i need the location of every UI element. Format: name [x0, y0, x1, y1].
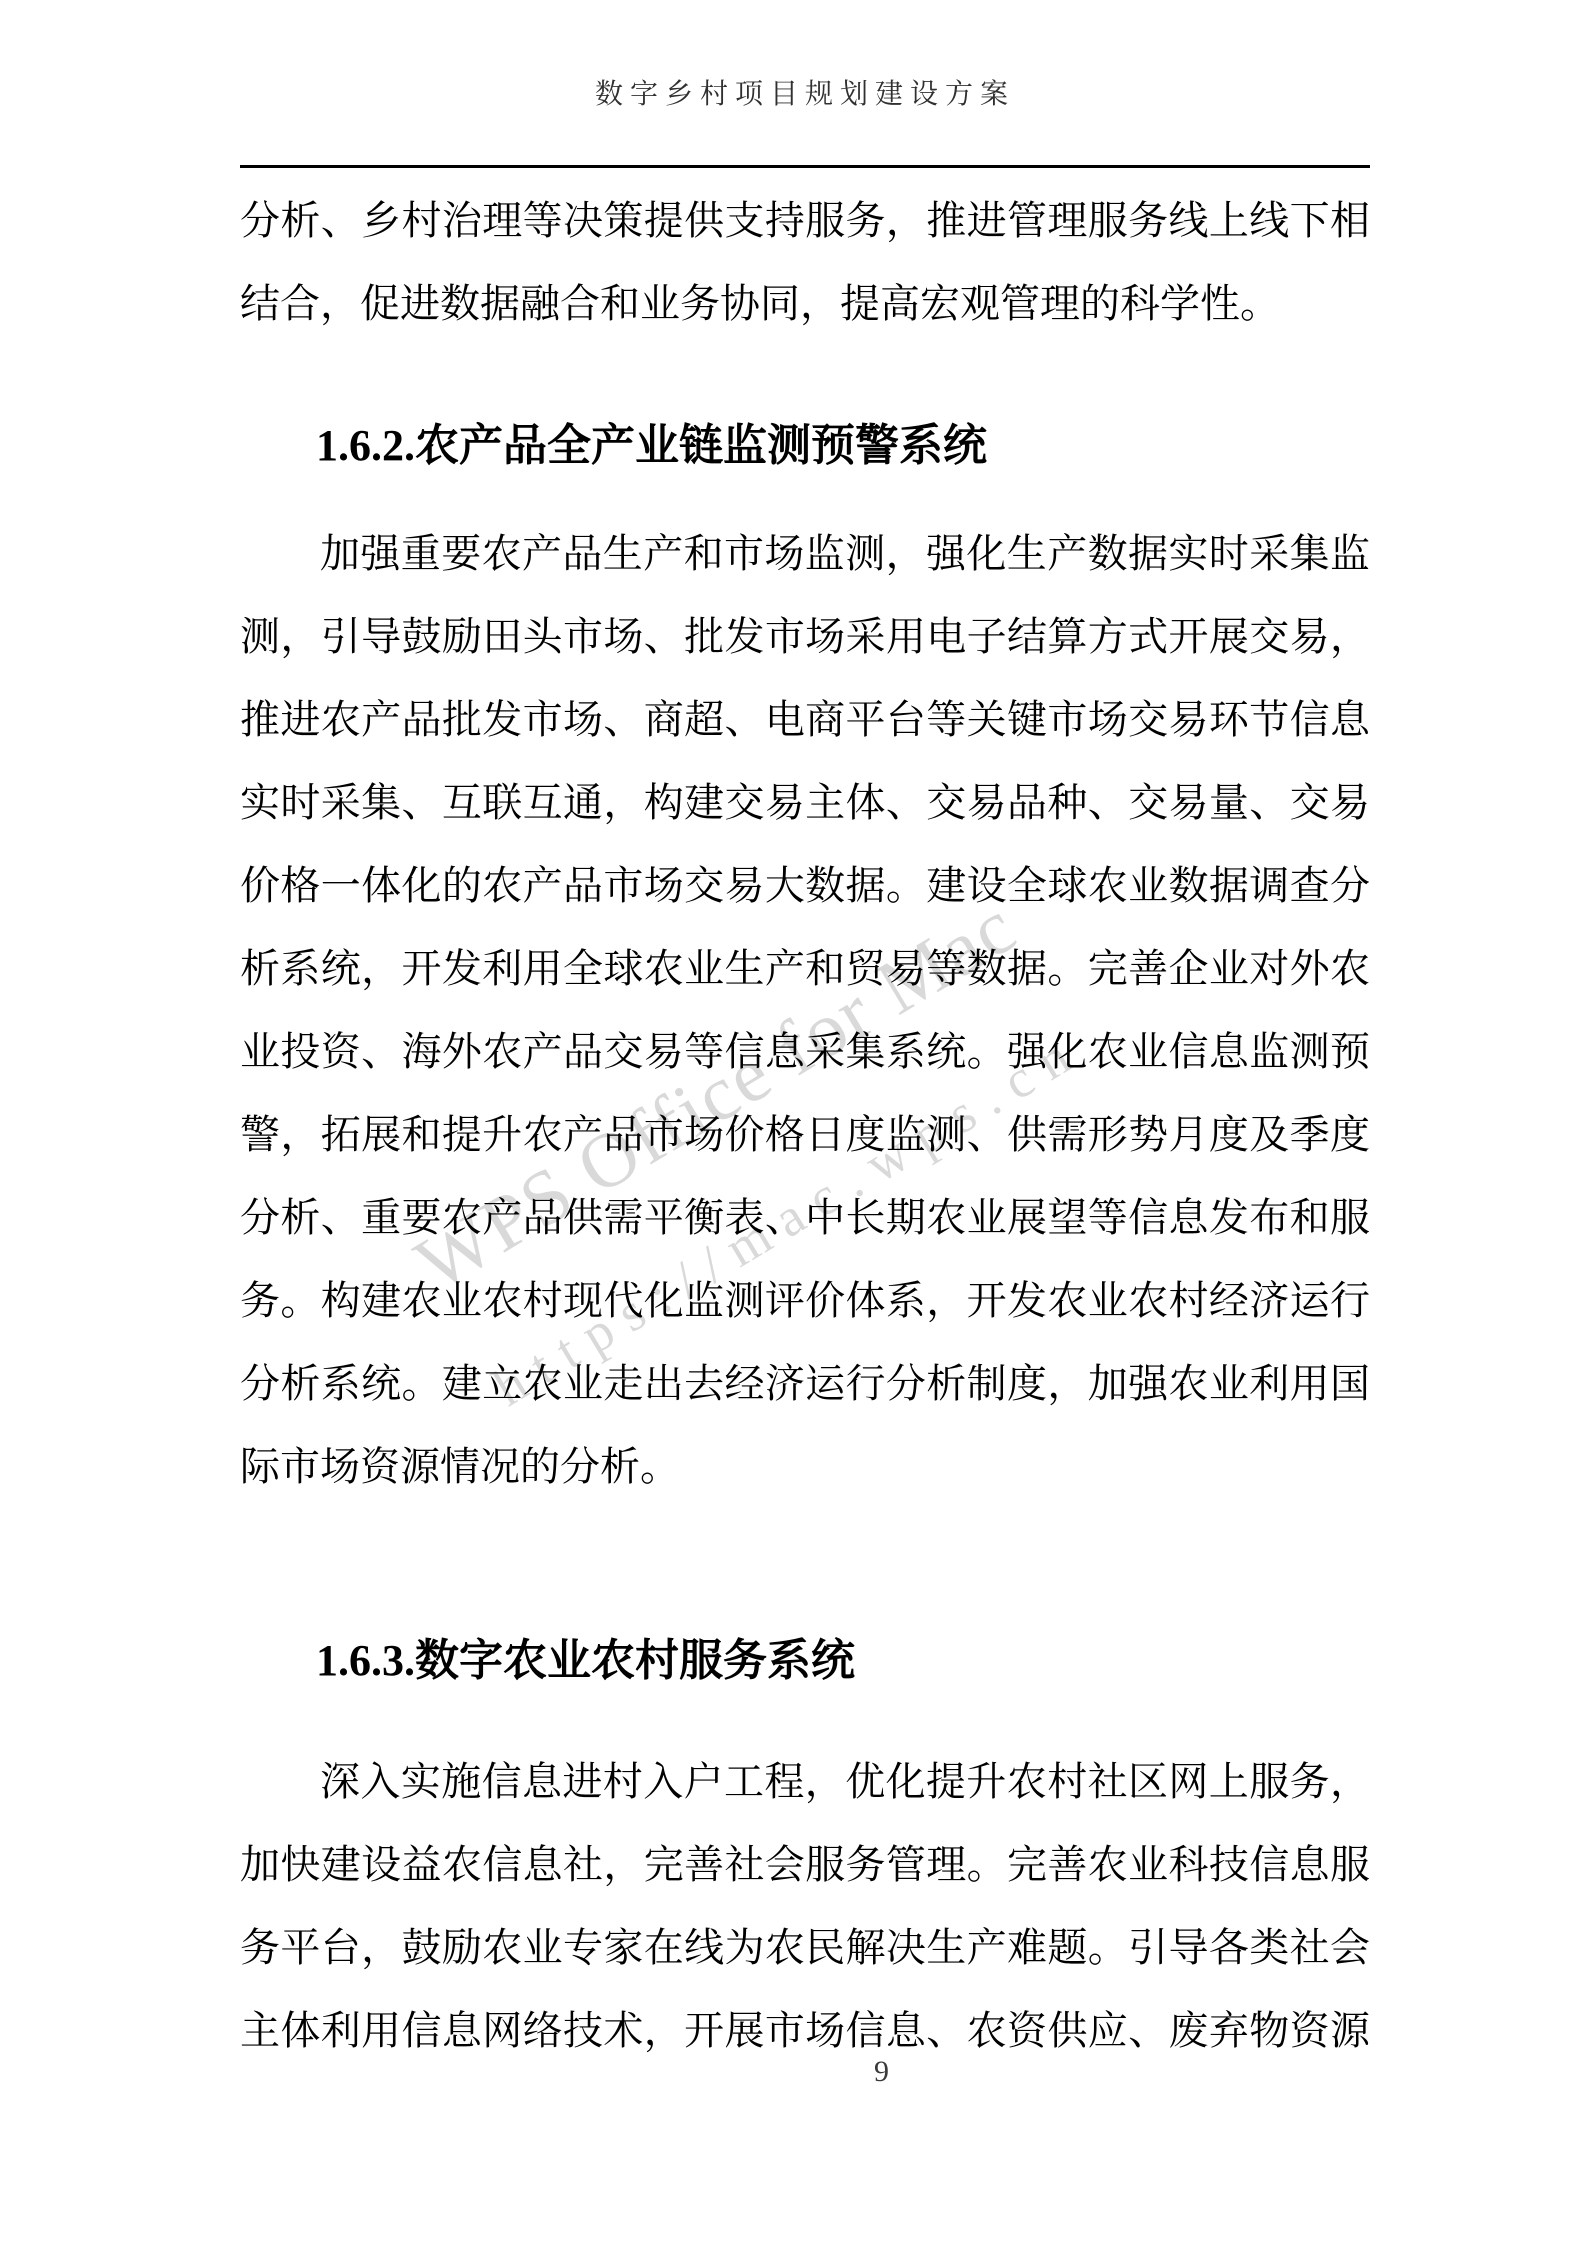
- text-line: 际市场资源情况的分析。: [240, 1425, 1370, 1508]
- text-line: 分析、乡村治理等决策提供支持服务，推进管理服务线上线下相: [240, 179, 1370, 262]
- page-header: 数字乡村项目规划建设方案: [240, 0, 1370, 168]
- paragraph-continued: 分析、乡村治理等决策提供支持服务，推进管理服务线上线下相结合，促进数据融合和业务…: [240, 179, 1370, 345]
- text-line: 业投资、海外农产品交易等信息采集系统。强化农业信息监测预: [240, 1010, 1370, 1093]
- text-line: 推进农产品批发市场、商超、电商平台等关键市场交易环节信息: [240, 678, 1370, 761]
- section-heading-1-6-3: 1.6.3.数字农业农村服务系统: [240, 1630, 1370, 1692]
- paragraph-service-system: 深入实施信息进村入户工程，优化提升农村社区网上服务，加快建设益农信息社，完善社会…: [240, 1740, 1370, 2072]
- text-line: 深入实施信息进村入户工程，优化提升农村社区网上服务，: [240, 1740, 1370, 1823]
- text-line: 价格一体化的农产品市场交易大数据。建设全球农业数据调查分: [240, 844, 1370, 927]
- text-line: 分析、重要农产品供需平衡表、中长期农业展望等信息发布和服: [240, 1176, 1370, 1259]
- header-title: 数字乡村项目规划建设方案: [240, 0, 1370, 110]
- text-line: 测，引导鼓励田头市场、批发市场采用电子结算方式开展交易，: [240, 595, 1370, 678]
- document-page: WPS Office for Mac https://mac.wps.cn 数字…: [0, 0, 1586, 2244]
- text-line: 结合，促进数据融合和业务协同，提高宏观管理的科学性。: [240, 262, 1370, 345]
- text-line: 析系统，开发利用全球农业生产和贸易等数据。完善企业对外农: [240, 927, 1370, 1010]
- text-line: 分析系统。建立农业走出去经济运行分析制度，加强农业利用国: [240, 1342, 1370, 1425]
- document-body: 分析、乡村治理等决策提供支持服务，推进管理服务线上线下相结合，促进数据融合和业务…: [240, 179, 1370, 2072]
- text-line: 加快建设益农信息社，完善社会服务管理。完善农业科技信息服: [240, 1823, 1370, 1906]
- text-line: 务。构建农业农村现代化监测评价体系，开发农业农村经济运行: [240, 1259, 1370, 1342]
- text-line: 警，拓展和提升农产品市场价格日度监测、供需形势月度及季度: [240, 1093, 1370, 1176]
- text-line: 务平台，鼓励农业专家在线为农民解决生产难题。引导各类社会: [240, 1906, 1370, 1989]
- paragraph-monitoring-system: 加强重要农产品生产和市场监测，强化生产数据实时采集监测，引导鼓励田头市场、批发市…: [240, 512, 1370, 1508]
- text-line: 主体利用信息网络技术，开展市场信息、农资供应、废弃物资源: [240, 1989, 1370, 2072]
- text-line: 加强重要农产品生产和市场监测，强化生产数据实时采集监: [240, 512, 1370, 595]
- text-line: 实时采集、互联互通，构建交易主体、交易品种、交易量、交易: [240, 761, 1370, 844]
- page-number: 9: [874, 2054, 889, 2090]
- section-heading-1-6-2: 1.6.2.农产品全产业链监测预警系统: [240, 415, 1370, 477]
